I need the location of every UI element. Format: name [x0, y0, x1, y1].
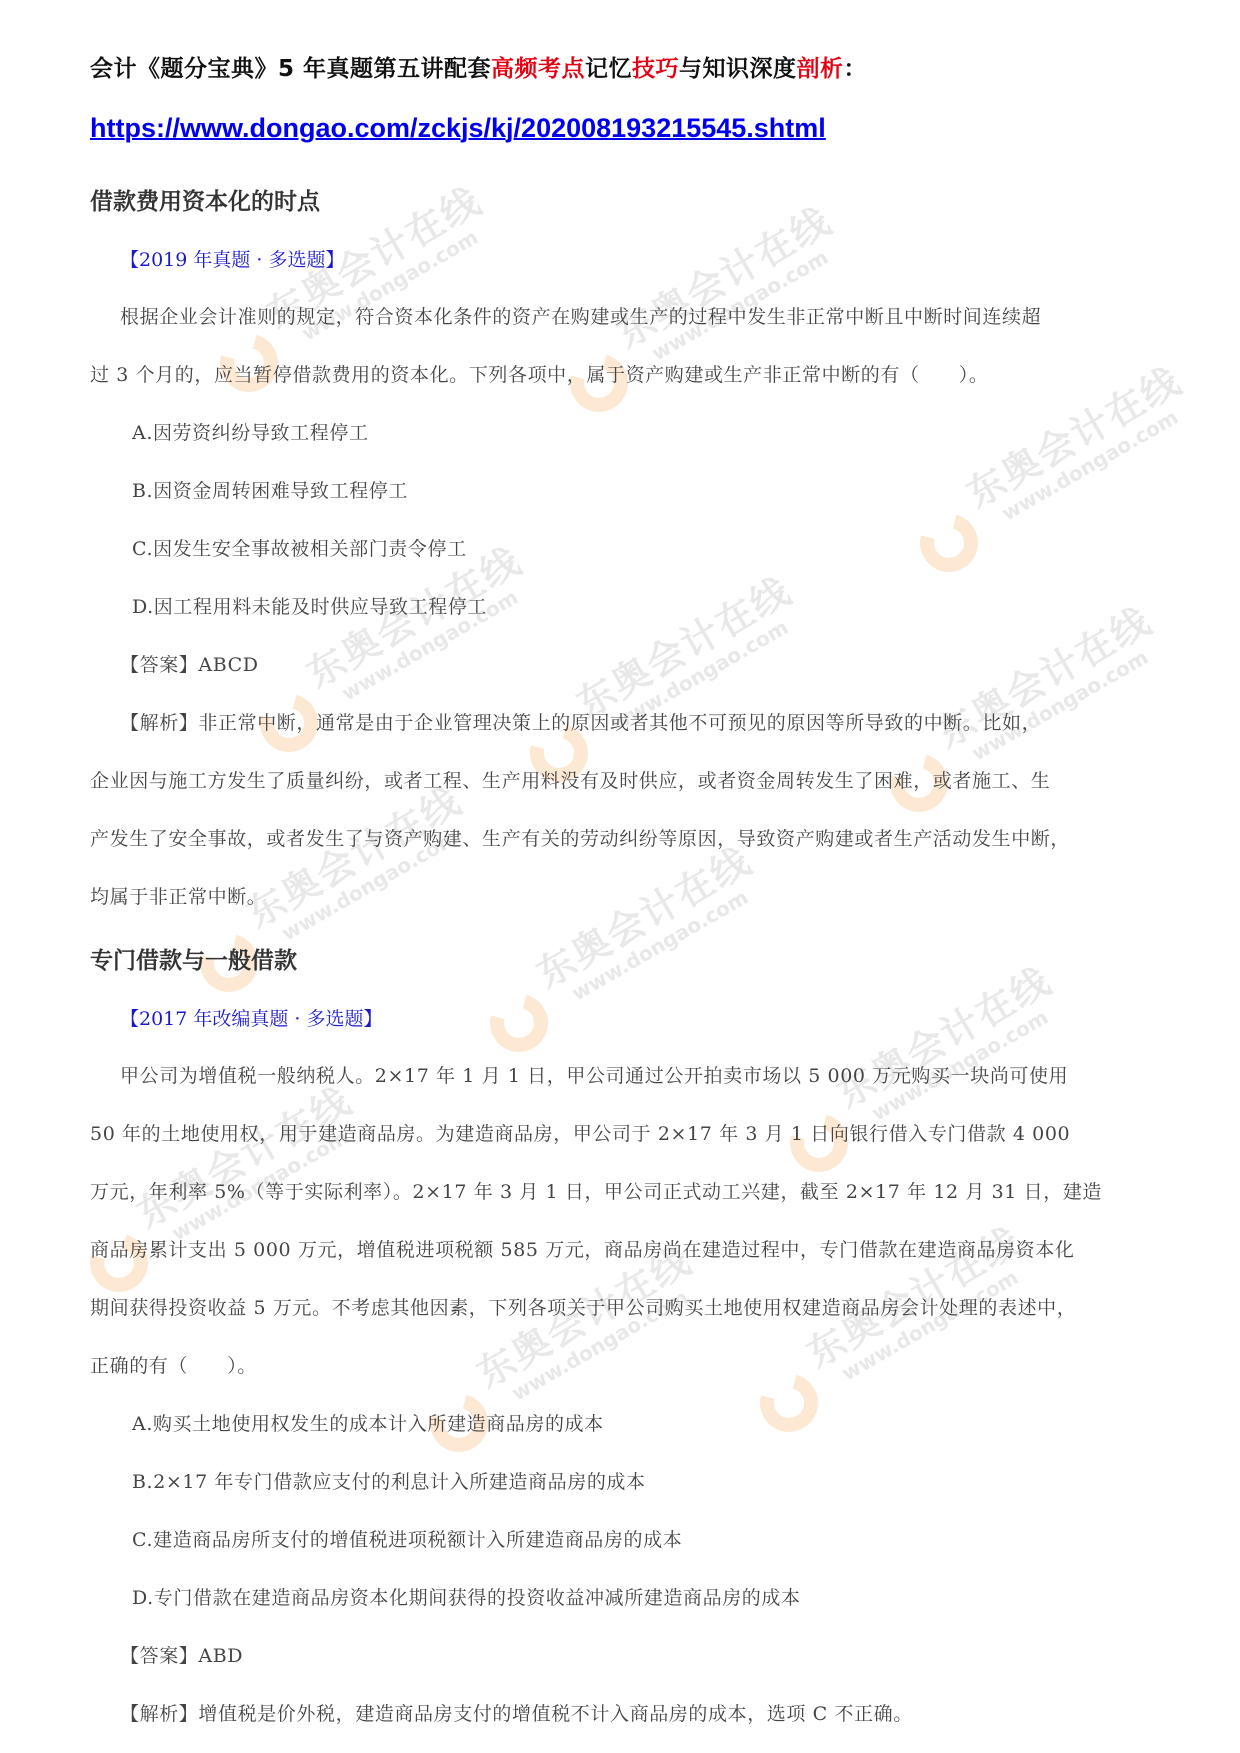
analysis-line: 产发生了安全事故，或者发生了与资产购建、生产有关的劳动纠纷等原因，导致资产购建或…: [90, 824, 1070, 851]
watermark: 东奥会计在线 www.dongao.com: [530, 840, 770, 1015]
dongao-link[interactable]: https://www.dongao.com/zckjs/kj/20200819…: [90, 113, 826, 144]
option-d: D.因工程用料未能及时供应导致工程停工: [132, 592, 487, 619]
option-b: B.因资金周转困难导致工程停工: [132, 476, 408, 503]
dongao-logo-icon: [749, 1363, 828, 1442]
option-c: C.因发生安全事故被相关部门责令停工: [132, 534, 467, 561]
option-a: A.因劳资纠纷导致工程停工: [132, 418, 369, 445]
section-heading: 专门借款与一般借款: [90, 942, 297, 975]
question-text-line: 50 年的土地使用权，用于建造商品房。为建造商品房，甲公司于 2×17 年 3 …: [90, 1119, 1070, 1146]
watermark: 东奥会计在线 www.dongao.com: [470, 1240, 710, 1415]
option-a: A.购买土地使用权发生的成本计入所建造商品房的成本: [132, 1409, 604, 1436]
answer: 【答案】ABCD: [120, 650, 259, 677]
watermark: 东奥会计在线 www.dongao.com: [240, 780, 480, 955]
analysis-line: 【解析】增值税是价外税，建造商品房支付的增值税不计入商品房的成本，选项 C 不正…: [120, 1699, 913, 1726]
title-highlight: 技巧: [632, 56, 679, 82]
question-tag: 【2019 年真题 · 多选题】: [120, 245, 345, 272]
option-b: B.2×17 年专门借款应支付的利息计入所建造商品房的成本: [132, 1467, 646, 1494]
question-tag: 【2017 年改编真题 · 多选题】: [120, 1004, 383, 1031]
answer: 【答案】ABD: [120, 1641, 243, 1668]
question-text-line: 商品房累计支出 5 000 万元，增值税进项税额 585 万元，商品房尚在建造过…: [90, 1235, 1074, 1262]
question-text-line: 期间获得投资收益 5 万元。不考虑其他因素，下列各项关于甲公司购买土地使用权建造…: [90, 1293, 1076, 1320]
question-text-line: 正确的有（ ）。: [90, 1351, 257, 1378]
watermark: 东奥会计在线 www.dongao.com: [830, 960, 1070, 1135]
dongao-logo-icon: [909, 503, 988, 582]
document-title: 会计《题分宝典》5 年真题第五讲配套高频考点记忆技巧与知识深度剖析：: [90, 50, 867, 83]
watermark: 东奥会计在线 www.dongao.com: [960, 360, 1200, 535]
watermark: 东奥会计在线 www.dongao.com: [130, 1080, 370, 1255]
question-text-line: 甲公司为增值税一般纳税人。2×17 年 1 月 1 日，甲公司通过公开拍卖市场以…: [120, 1061, 1068, 1088]
dongao-logo-icon: [479, 983, 558, 1062]
analysis-line: 企业因与施工方发生了质量纠纷，或者工程、生产用料没有及时供应，或者资金周转发生了…: [90, 766, 1050, 793]
question-text-line: 根据企业会计准则的规定，符合资本化条件的资产在购建或生产的过程中发生非正常中断且…: [120, 302, 1041, 329]
watermark: 东奥会计在线 www.dongao.com: [300, 540, 540, 715]
document-page: 东奥会计在线 www.dongao.com 东奥会计在线 www.dongao.…: [0, 0, 1240, 1753]
option-c: C.建造商品房所支付的增值税进项税额计入所建造商品房的成本: [132, 1525, 682, 1552]
question-text-line: 万元，年利率 5%（等于实际利率）。2×17 年 3 月 1 日，甲公司正式动工…: [90, 1177, 1102, 1204]
title-part: ：: [844, 56, 868, 82]
title-part: 记忆: [585, 56, 632, 82]
analysis-line: 【解析】非正常中断，通常是由于企业管理决策上的原因或者其他不可预见的原因等所导致…: [120, 708, 1041, 735]
analysis-line: 均属于非正常中断。: [90, 882, 266, 909]
watermark: 东奥会计在线 www.dongao.com: [610, 200, 850, 375]
question-text-line: 过 3 个月的，应当暂停借款费用的资本化。下列各项中，属于资产购建或生产非正常中…: [90, 360, 988, 387]
title-highlight: 剖析: [797, 56, 844, 82]
title-highlight: 高频考点: [491, 56, 585, 82]
title-part: 与知识深度: [679, 56, 797, 82]
section-heading: 借款费用资本化的时点: [90, 183, 320, 216]
title-part: 会计《题分宝典》5 年真题第五讲配套: [90, 56, 491, 82]
option-d: D.专门借款在建造商品房资本化期间获得的投资收益冲减所建造商品房的成本: [132, 1583, 801, 1610]
watermark: 东奥会计在线 www.dongao.com: [930, 600, 1170, 775]
